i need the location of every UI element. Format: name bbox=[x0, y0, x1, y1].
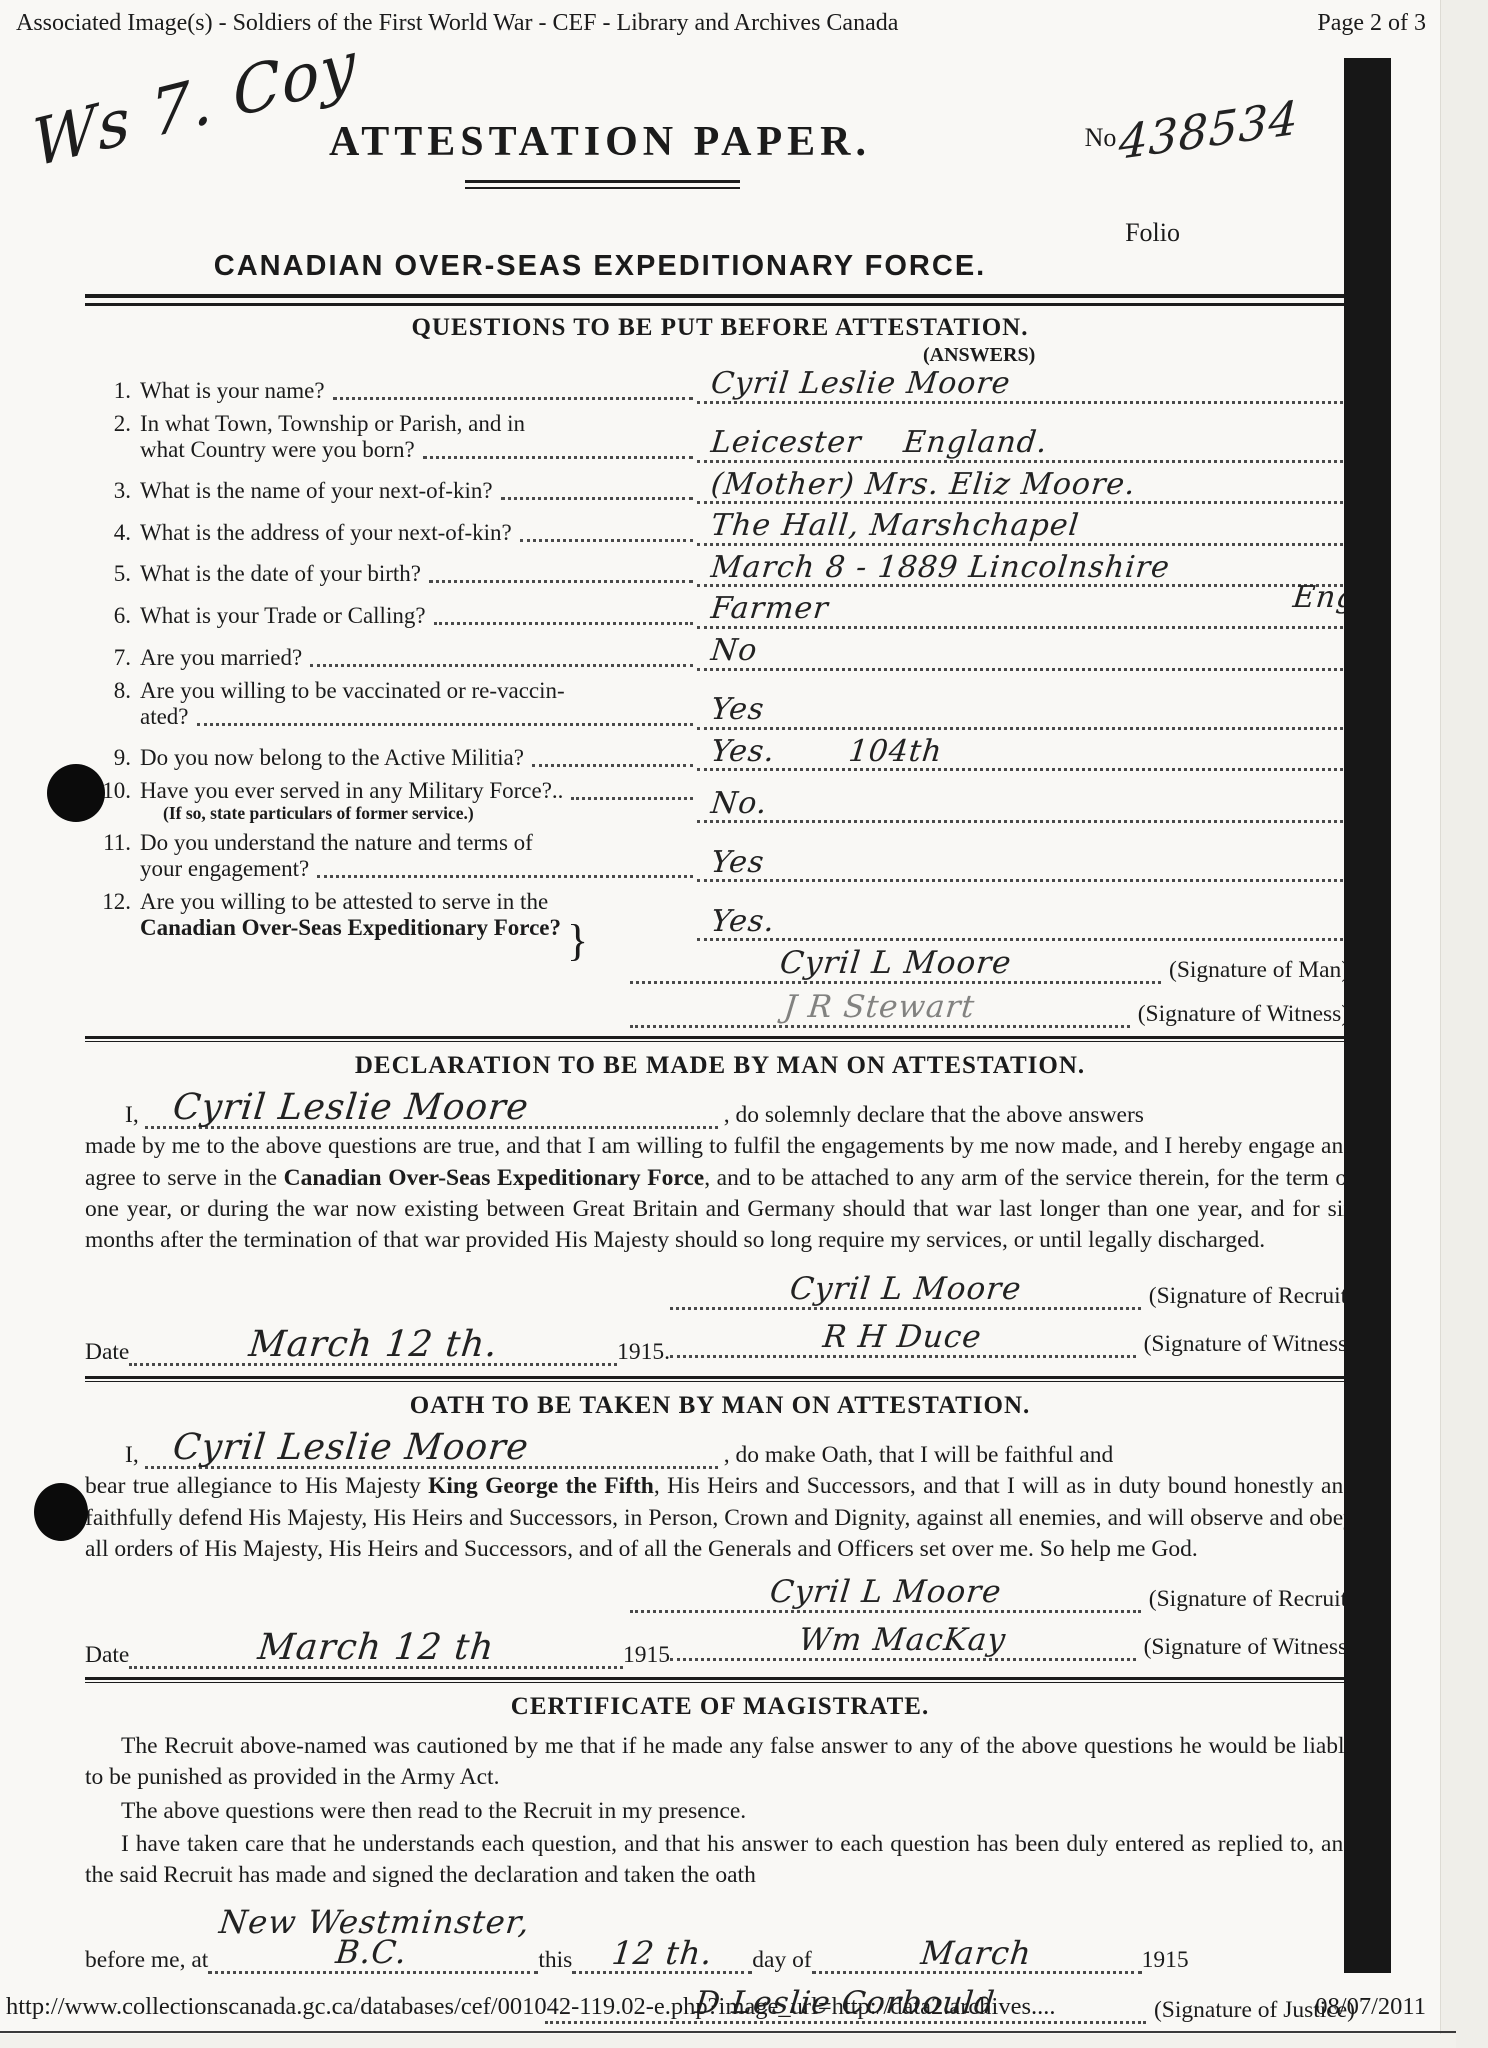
date-handwritten: March 12 th. bbox=[247, 1328, 499, 1362]
question-text: Are you married? bbox=[140, 645, 302, 671]
signature-of-recruit-row: Cyril L Moore (Signature of Recruit) bbox=[630, 1577, 1355, 1613]
day-slot: 12 th. bbox=[572, 1938, 752, 1974]
signature-line: Cyril L Moore bbox=[630, 1577, 1141, 1613]
dotted-leader bbox=[310, 664, 693, 667]
dotted-leader bbox=[317, 875, 693, 878]
witness-signature-handwritten: J R Stewart bbox=[783, 992, 977, 1023]
name-slot: Cyril Leslie Moore bbox=[145, 1090, 718, 1129]
question-text: your engagement? bbox=[140, 856, 309, 882]
question-row-11: 11.Do you understand the nature and term… bbox=[85, 830, 1355, 882]
signature-of-witness-label: (Signature of Witness) bbox=[1144, 1634, 1355, 1661]
date-label: Date bbox=[85, 1642, 129, 1669]
question-row-4: 4. What is the address of your next-of-k… bbox=[85, 511, 1355, 546]
name-slot: Cyril Leslie Moore bbox=[145, 1430, 718, 1469]
regimental-number: No438534 bbox=[1085, 103, 1300, 157]
question-row-2: 2.In what Town, Township or Parish, and … bbox=[85, 411, 1355, 463]
certificate-paragraph-1: The Recruit above-named was cautioned by… bbox=[85, 1731, 1355, 1794]
signature-of-witness-label: (Signature of Witness) bbox=[1144, 1331, 1355, 1358]
year-label: 1915 bbox=[623, 1642, 670, 1669]
certificate-heading: CERTIFICATE OF MAGISTRATE. bbox=[85, 1693, 1355, 1721]
declaration-date-signatures: Date March 12 th. 1915. Cyril L Moore (S… bbox=[85, 1270, 1355, 1366]
question-number: 12. bbox=[85, 889, 140, 915]
signature-of-recruit-label: (Signature of Recruit) bbox=[1149, 1586, 1355, 1613]
section-rule bbox=[85, 1677, 1355, 1683]
month-handwritten: March bbox=[920, 1938, 1034, 1968]
footer-rule bbox=[0, 2031, 1456, 2033]
question-text: Are you willing to be vaccinated or re-v… bbox=[140, 678, 565, 704]
folio-label: Folio bbox=[1125, 218, 1180, 248]
this-label: this bbox=[538, 1947, 572, 1974]
declaration-text-bold: Canadian Over-Seas Expeditionary Force bbox=[284, 1165, 705, 1191]
print-date: 08/07/2011 bbox=[1315, 1993, 1426, 2021]
answer-line: Cyril Leslie Moore bbox=[697, 369, 1355, 404]
question-number: 5. bbox=[85, 561, 140, 587]
signature-line: Cyril L Moore bbox=[670, 1274, 1141, 1310]
question-text: In what Town, Township or Parish, and in bbox=[140, 411, 525, 437]
scanned-attestation-page: Associated Image(s) - Soldiers of the Fi… bbox=[0, 0, 1488, 2048]
answer-handwritten: Leicester England. bbox=[709, 428, 1049, 459]
answer-line: (Mother) Mrs. Eliz Moore. bbox=[697, 470, 1355, 505]
print-header-page-number: Page 2 of 3 bbox=[1317, 10, 1426, 37]
signature-of-man-row: Cyril L Moore (Signature of Man). bbox=[630, 948, 1355, 984]
place-slot: New Westminster, B.C. bbox=[208, 1907, 538, 1973]
answer-line: Yes bbox=[697, 848, 1355, 883]
day-of-label: day of bbox=[752, 1947, 811, 1974]
question-number: 2. bbox=[85, 411, 140, 437]
dotted-leader bbox=[429, 580, 693, 583]
question-number: 7. bbox=[85, 645, 140, 671]
answer-line: Yes. bbox=[697, 907, 1355, 942]
questions-heading: QUESTIONS TO BE PUT BEFORE ATTESTATION. bbox=[85, 314, 1355, 342]
i-label: I, bbox=[85, 1442, 139, 1469]
dotted-leader bbox=[423, 456, 693, 459]
answer-handwritten: Farmer bbox=[709, 594, 830, 625]
signature-of-witness-row: R H Duce (Signature of Witness) bbox=[670, 1322, 1355, 1358]
microfilm-black-bar bbox=[1344, 58, 1391, 1973]
number-label: No bbox=[1085, 123, 1117, 152]
declaration-name-line: I, Cyril Leslie Moore , do solemnly decl… bbox=[85, 1090, 1355, 1129]
question-text: What is your Trade or Calling? bbox=[140, 603, 426, 629]
scan-bottom-edge bbox=[0, 2034, 1456, 2048]
question-number: 1. bbox=[85, 378, 140, 404]
hole-punch-mark bbox=[47, 764, 105, 822]
answer-line: Farmer bbox=[697, 594, 1355, 629]
print-footer: http://www.collectionscanada.gc.ca/datab… bbox=[6, 1993, 1426, 2021]
signature-of-man-label: (Signature of Man). bbox=[1169, 957, 1355, 984]
question-row-1: 1. What is your name? Cyril Leslie Moore bbox=[85, 369, 1355, 404]
question-text: What is the address of your next-of-kin? bbox=[140, 520, 512, 546]
question-row-10: 10.Have you ever served in any Military … bbox=[85, 778, 1355, 823]
oath-paragraph: bear true allegiance to His Majesty King… bbox=[85, 1471, 1355, 1565]
year-label: 1915 bbox=[1142, 1947, 1189, 1974]
certificate-text: The Recruit above-named was cautioned by… bbox=[85, 1733, 1355, 1790]
signature-line: R H Duce bbox=[670, 1322, 1136, 1358]
recruit-signature-handwritten: Cyril L Moore bbox=[788, 1274, 1023, 1305]
certificate-paragraph-2: The above questions were then read to th… bbox=[85, 1796, 1355, 1827]
source-url: http://www.collectionscanada.gc.ca/datab… bbox=[6, 1993, 1315, 2021]
dotted-leader bbox=[333, 397, 693, 400]
print-header: Associated Image(s) - Soldiers of the Fi… bbox=[16, 10, 1426, 37]
date-box: Date March 12 th. 1915. bbox=[85, 1328, 670, 1366]
question-number: 9. bbox=[85, 745, 140, 771]
question-text-bold: Canadian Over-Seas Expeditionary Force? bbox=[140, 915, 561, 941]
signature-line: J R Stewart bbox=[630, 992, 1130, 1028]
answer-line: No. bbox=[697, 789, 1355, 824]
answer-line: Leicester England. bbox=[697, 428, 1355, 463]
title-underline bbox=[465, 180, 740, 189]
date-slot: March 12 th. bbox=[129, 1328, 617, 1366]
form-subtitle: CANADIAN OVER-SEAS EXPEDITIONARY FORCE. bbox=[85, 250, 1115, 283]
before-me-row: before me, at New Westminster, B.C. this… bbox=[85, 1907, 1355, 1973]
question-note: (If so, state particulars of former serv… bbox=[163, 804, 697, 823]
signature-line: Wm MacKay bbox=[670, 1625, 1136, 1661]
dotted-leader bbox=[520, 539, 693, 542]
oath-name-line: I, Cyril Leslie Moore , do make Oath, th… bbox=[85, 1430, 1355, 1469]
question-text: ated? bbox=[140, 704, 189, 730]
place-handwritten: New Westminster, B.C. bbox=[205, 1907, 541, 1968]
section-rule bbox=[85, 294, 1355, 306]
answer-handwritten: Yes. 104th bbox=[709, 737, 943, 768]
question-text: What is your name? bbox=[140, 378, 325, 404]
number-handwritten: 438534 bbox=[1118, 90, 1300, 170]
question-row-3: 3. What is the name of your next-of-kin?… bbox=[85, 470, 1355, 505]
answer-handwritten: Yes. bbox=[709, 907, 776, 938]
question-row-12: 12.Are you willing to be attested to ser… bbox=[85, 889, 1355, 941]
declaration-line1-text: , do solemnly declare that the above ans… bbox=[724, 1102, 1144, 1129]
answer-handwritten: Yes bbox=[709, 695, 766, 726]
declaration-heading: DECLARATION TO BE MADE BY MAN ON ATTESTA… bbox=[85, 1052, 1355, 1080]
dotted-leader bbox=[532, 764, 693, 767]
certificate-text: The above questions were then read to th… bbox=[121, 1798, 746, 1824]
answer-handwritten: No. bbox=[709, 789, 769, 820]
dotted-leader bbox=[197, 723, 693, 726]
signature-line: Cyril L Moore bbox=[630, 948, 1161, 984]
question-number: 6. bbox=[85, 603, 140, 629]
recruit-name-handwritten: Cyril Leslie Moore bbox=[171, 1430, 531, 1466]
answer-line: Yes bbox=[697, 695, 1355, 730]
witness-signature-handwritten: Wm MacKay bbox=[798, 1625, 1008, 1656]
month-slot: March bbox=[812, 1938, 1142, 1974]
recruit-signature-handwritten: Cyril L Moore bbox=[768, 1577, 1003, 1608]
print-header-title: Associated Image(s) - Soldiers of the Fi… bbox=[16, 10, 898, 37]
question-row-5: 5. What is the date of your birth? March… bbox=[85, 553, 1355, 588]
question-number: 8. bbox=[85, 678, 140, 704]
signature-of-witness-label: (Signature of Witness). bbox=[1138, 1001, 1355, 1028]
answer-handwritten: (Mother) Mrs. Eliz Moore. bbox=[709, 470, 1137, 501]
oath-heading: OATH TO BE TAKEN BY MAN ON ATTESTATION. bbox=[85, 1392, 1355, 1420]
question-row-7: 7. Are you married? No bbox=[85, 636, 1355, 671]
i-label: I, bbox=[85, 1102, 139, 1129]
certificate-text: I have taken care that he understands ea… bbox=[85, 1831, 1355, 1888]
date-label: Date bbox=[85, 1339, 129, 1366]
answer-line: Yes. 104th bbox=[697, 737, 1355, 772]
answer-handwritten: March 8 - 1889 Lincolnshire bbox=[709, 553, 1171, 584]
day-handwritten: 12 th. bbox=[610, 1938, 714, 1968]
section-rule bbox=[85, 1036, 1355, 1042]
date-box: Date March 12 th 1915 bbox=[85, 1631, 670, 1669]
question-text: Have you ever served in any Military For… bbox=[140, 778, 563, 804]
oath-line1-text: , do make Oath, that I will be faithful … bbox=[724, 1442, 1114, 1469]
certificate-paragraph-3: I have taken care that he understands ea… bbox=[85, 1829, 1355, 1892]
question-text: Are you willing to be attested to serve … bbox=[140, 889, 548, 915]
before-me-label: before me, at bbox=[85, 1947, 208, 1974]
oath-text: bear true allegiance to His Majesty bbox=[85, 1473, 428, 1499]
answer-handwritten: No bbox=[709, 636, 759, 667]
answer-line: The Hall, Marshchapel bbox=[697, 511, 1355, 546]
question-text: Do you understand the nature and terms o… bbox=[140, 830, 533, 856]
answers-label: (ANSWERS) bbox=[923, 344, 1355, 367]
question-row-9: 9. Do you now belong to the Active Milit… bbox=[85, 737, 1355, 772]
recruit-name-handwritten: Cyril Leslie Moore bbox=[171, 1090, 531, 1126]
signature-of-witness-row: Wm MacKay (Signature of Witness) bbox=[670, 1625, 1355, 1661]
section-rule bbox=[85, 1376, 1355, 1382]
hole-punch-mark bbox=[34, 1483, 88, 1541]
date-handwritten: March 12 th bbox=[256, 1631, 496, 1665]
year-label: 1915. bbox=[617, 1339, 670, 1366]
signature-of-recruit-label: (Signature of Recruit) bbox=[1149, 1283, 1355, 1310]
dotted-leader bbox=[501, 497, 693, 500]
oath-date-row: Date March 12 th 1915 Wm MacKay (Signatu… bbox=[85, 1621, 1355, 1669]
question-text: What is the name of your next-of-kin? bbox=[140, 478, 493, 504]
question-text: What is the date of your birth? bbox=[140, 561, 421, 587]
man-signature-handwritten: Cyril L Moore bbox=[778, 948, 1013, 979]
declaration-paragraph: made by me to the above questions are tr… bbox=[85, 1131, 1355, 1256]
question-text: Do you now belong to the Active Militia? bbox=[140, 745, 524, 771]
attestation-form: ATTESTATION PAPER. No438534 Folio CANADI… bbox=[85, 58, 1355, 2024]
answer-handwritten: Cyril Leslie Moore bbox=[709, 369, 1012, 400]
answer-handwritten: Yes bbox=[709, 848, 766, 879]
scan-right-edge bbox=[1440, 0, 1488, 2048]
certificate-section: CERTIFICATE OF MAGISTRATE. The Recruit a… bbox=[85, 1693, 1355, 2024]
question-number: 11. bbox=[85, 830, 140, 856]
question-row-6: 6. What is your Trade or Calling? Farmer bbox=[85, 594, 1355, 629]
date-slot: March 12 th bbox=[129, 1631, 623, 1669]
question-row-8: 8.Are you willing to be vaccinated or re… bbox=[85, 678, 1355, 730]
signature-of-recruit-row: Cyril L Moore (Signature of Recruit) bbox=[670, 1274, 1355, 1310]
answer-line: March 8 - 1889 Lincolnshire Eng. bbox=[697, 553, 1355, 588]
dotted-leader bbox=[571, 797, 693, 800]
answer-handwritten: The Hall, Marshchapel bbox=[709, 511, 1080, 542]
witness-signature-handwritten: R H Duce bbox=[822, 1322, 984, 1353]
question-number: 3. bbox=[85, 478, 140, 504]
oath-text-bold: King George the Fifth bbox=[428, 1473, 654, 1499]
answer-line: No bbox=[697, 636, 1355, 671]
question-text: what Country were you born? bbox=[140, 437, 415, 463]
signature-of-witness-row: J R Stewart (Signature of Witness). bbox=[630, 992, 1355, 1028]
dotted-leader bbox=[434, 622, 693, 625]
question-number: 4. bbox=[85, 520, 140, 546]
